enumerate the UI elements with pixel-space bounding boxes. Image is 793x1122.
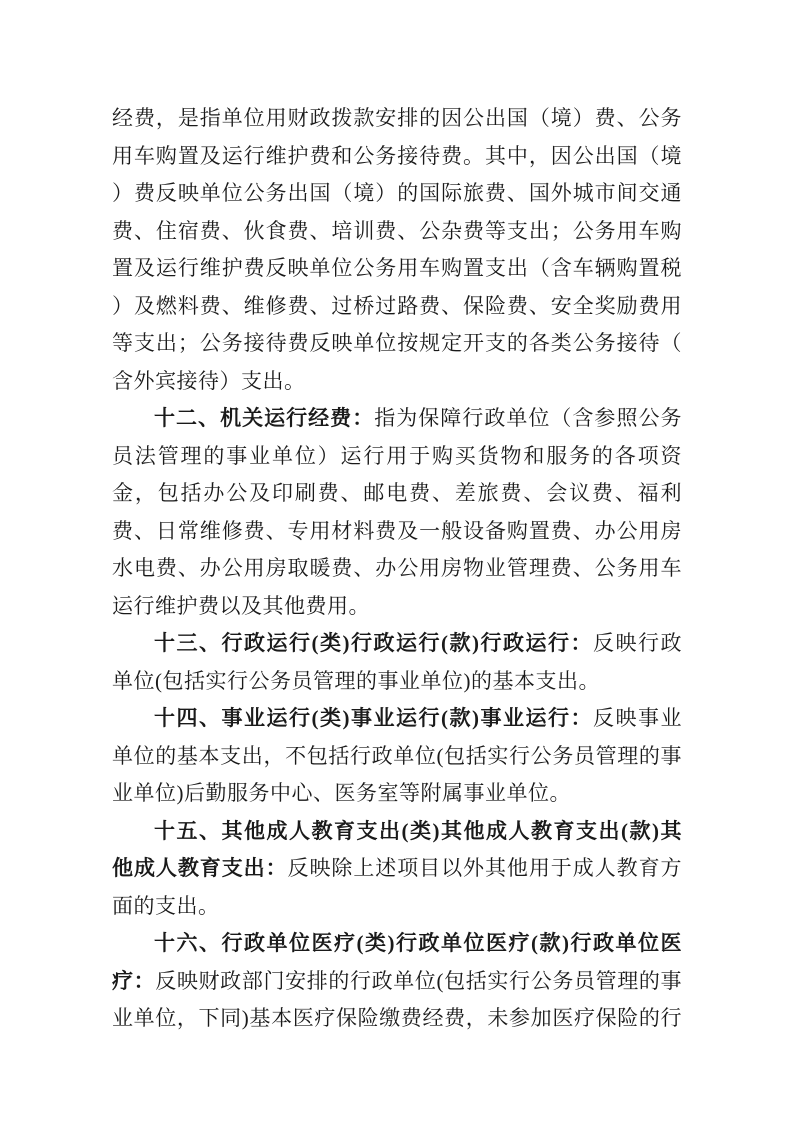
text-segment: 费、日常维修费、专用材料费及一般设备购置费、办公用房 [112,519,682,543]
text-line: 十五、其他成人教育支出(类)其他成人教育支出(款)其 [112,813,682,851]
text-line: 疗：反映财政部门安排的行政单位(包括实行公务员管理的事 [112,963,682,1001]
text-segment: 金，包括办公及印刷费、邮电费、差旅费、会议费、福利 [112,481,682,505]
paragraph: 十四、事业运行(类)事业运行(款)事业运行：反映事业单位的基本支出，不包括行政单… [112,700,682,813]
text-segment: 用车购置及运行维护费和公务接待费。其中，因公出国（境 [112,144,682,168]
text-line: 员法管理的事业单位）运行用于购买货物和服务的各项资 [112,438,682,476]
text-segment: 含外宾接待）支出。 [112,369,306,393]
text-line: 他成人教育支出：反映除上述项目以外其他用于成人教育方 [112,850,682,888]
text-segment: 指为保障行政单位（含参照公务 [374,406,682,430]
text-line: 等支出；公务接待费反映单位按规定开支的各类公务接待（ [112,325,682,363]
text-line: 面的支出。 [112,888,682,926]
paragraph: 十五、其他成人教育支出(类)其他成人教育支出(款)其他成人教育支出：反映除上述项… [112,813,682,926]
text-segment: 反映财政部门安排的行政单位(包括实行公务员管理的事 [155,969,682,993]
text-line: 费、住宿费、伙食费、培训费、公杂费等支出；公务用车购 [112,213,682,251]
text-line: 十三、行政运行(类)行政运行(款)行政运行：反映行政 [112,625,682,663]
text-line: 经费，是指单位用财政拨款安排的因公出国（境）费、公务 [112,100,682,138]
text-segment-bold: 十二、机关运行经费： [154,406,374,430]
text-line: 运行维护费以及其他费用。 [112,588,682,626]
text-segment-bold: 十六、行政单位医疗(类)行政单位医疗(款)行政单位医 [154,931,682,955]
text-segment: 经费，是指单位用财政拨款安排的因公出国（境）费、公务 [112,106,682,130]
text-segment: 运行维护费以及其他费用。 [112,594,370,618]
text-segment: 反映除上述项目以外其他用于成人教育方 [288,856,682,880]
text-line: 单位的基本支出，不包括行政单位(包括实行公务员管理的事 [112,738,682,776]
text-segment: 单位(包括实行公务员管理的事业单位)的基本支出。 [112,669,600,693]
text-line: 水电费、办公用房取暖费、办公用房物业管理费、公务用车 [112,550,682,588]
text-segment-bold: 他成人教育支出： [112,856,288,880]
paragraph: 十二、机关运行经费：指为保障行政单位（含参照公务员法管理的事业单位）运行用于购买… [112,400,682,625]
text-segment: 面的支出。 [112,894,220,918]
text-segment: 费、住宿费、伙食费、培训费、公杂费等支出；公务用车购 [112,219,682,243]
text-segment: 水电费、办公用房取暖费、办公用房物业管理费、公务用车 [112,556,682,580]
text-segment: 反映行政 [593,631,682,655]
text-line: 十二、机关运行经费：指为保障行政单位（含参照公务 [112,400,682,438]
text-line: 置及运行维护费反映单位公务用车购置支出（含车辆购置税 [112,250,682,288]
text-line: 含外宾接待）支出。 [112,363,682,401]
text-segment: 业单位，下同)基本医疗保险缴费经费，未参加医疗保险的行 [112,1006,682,1030]
text-line: ）费反映单位公务出国（境）的国际旅费、国外城市间交通 [112,175,682,213]
paragraph: 十六、行政单位医疗(类)行政单位医疗(款)行政单位医疗：反映财政部门安排的行政单… [112,925,682,1038]
text-segment-bold: 十四、事业运行(类)事业运行(款)事业运行： [154,706,593,730]
text-line: 业单位，下同)基本医疗保险缴费经费，未参加医疗保险的行 [112,1000,682,1038]
text-segment: 等支出；公务接待费反映单位按规定开支的各类公务接待（ [112,331,682,355]
text-segment: 业单位)后勤服务中心、医务室等附属事业单位。 [112,781,571,805]
text-line: ）及燃料费、维修费、过桥过路费、保险费、安全奖励费用 [112,288,682,326]
text-segment-bold: 十五、其他成人教育支出(类)其他成人教育支出(款)其 [154,819,682,843]
text-segment-bold: 疗： [112,969,155,993]
text-line: 十四、事业运行(类)事业运行(款)事业运行：反映事业 [112,700,682,738]
text-segment: 单位的基本支出，不包括行政单位(包括实行公务员管理的事 [112,744,682,768]
text-segment: 置及运行维护费反映单位公务用车购置支出（含车辆购置税 [112,256,682,280]
paragraph: 经费，是指单位用财政拨款安排的因公出国（境）费、公务用车购置及运行维护费和公务接… [112,100,682,400]
paragraph: 十三、行政运行(类)行政运行(款)行政运行：反映行政单位(包括实行公务员管理的事… [112,625,682,700]
text-line: 单位(包括实行公务员管理的事业单位)的基本支出。 [112,663,682,701]
text-line: 用车购置及运行维护费和公务接待费。其中，因公出国（境 [112,138,682,176]
text-segment-bold: 十三、行政运行(类)行政运行(款)行政运行： [154,631,593,655]
text-line: 十六、行政单位医疗(类)行政单位医疗(款)行政单位医 [112,925,682,963]
text-line: 金，包括办公及印刷费、邮电费、差旅费、会议费、福利 [112,475,682,513]
text-segment: ）及燃料费、维修费、过桥过路费、保险费、安全奖励费用 [112,294,682,318]
text-segment: 员法管理的事业单位）运行用于购买货物和服务的各项资 [112,444,682,468]
document-page: 经费，是指单位用财政拨款安排的因公出国（境）费、公务用车购置及运行维护费和公务接… [0,0,793,1122]
text-line: 费、日常维修费、专用材料费及一般设备购置费、办公用房 [112,513,682,551]
text-block: 经费，是指单位用财政拨款安排的因公出国（境）费、公务用车购置及运行维护费和公务接… [112,100,682,1038]
text-segment: ）费反映单位公务出国（境）的国际旅费、国外城市间交通 [112,181,682,205]
text-line: 业单位)后勤服务中心、医务室等附属事业单位。 [112,775,682,813]
text-segment: 反映事业 [593,706,682,730]
